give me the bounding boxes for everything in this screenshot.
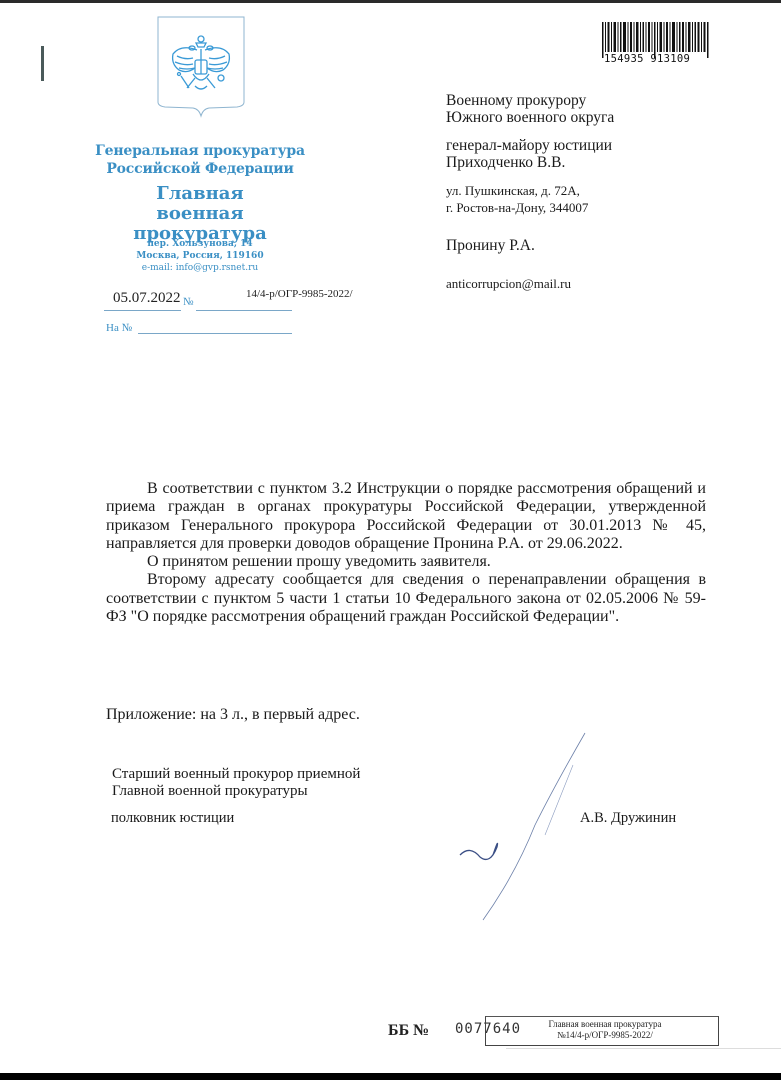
recipient-1-office: Военному прокурору Южного военного округ… [446, 92, 614, 126]
barcode-number: 154935 913109 [604, 53, 690, 65]
page-edge [506, 1048, 781, 1049]
registration-number: 14/4-р/ОГР-9985-2022/ [246, 288, 353, 300]
organization-name: Генеральная прокуратура Российской Федер… [90, 142, 310, 178]
reply-to-label: На № [106, 322, 132, 334]
letterhead-email: e-mail: info@gvp.rsnet.ru [90, 262, 310, 274]
registration-date: 05.07.2022 [113, 290, 181, 307]
body-paragraph-3: Второму адресату сообщается для сведения… [106, 571, 706, 626]
recipient-1-rank: генерал-майору юстиции [446, 137, 612, 154]
signatory-title-line-1: Старший военный прокурор приемной [112, 766, 360, 783]
bottom-edge [0, 1073, 781, 1080]
department-name: Главная военная прокуратура [90, 184, 310, 244]
attachment-note: Приложение: на 3 л., в первый адрес. [106, 706, 360, 724]
registration-stamp: Главная военная прокуратура №14/4-р/ОГР-… [530, 1019, 680, 1040]
russian-coat-of-arms-icon [157, 16, 247, 118]
recipient-1-line-2: Южного военного округа [446, 109, 614, 126]
signatory-rank: полковник юстиции [111, 810, 234, 827]
date-underline [104, 310, 181, 311]
reply-to-underline [138, 333, 292, 334]
serial-label: ББ № [388, 1022, 429, 1040]
binder-mark [41, 46, 44, 81]
signatory-title: Старший военный прокурор приемной Главно… [112, 766, 360, 800]
recipient-1-city: г. Ростов-на-Дону, 344007 [446, 199, 588, 216]
address-line-2: Москва, Россия, 119160 [90, 250, 310, 262]
recipient-1-street: ул. Пушкинская, д. 72А, [446, 182, 588, 199]
signatory-title-line-2: Главной военной прокуратуры [112, 783, 360, 800]
recipient-1-person: генерал-майору юстиции Приходченко В.В. [446, 137, 612, 171]
handwritten-signature [445, 725, 605, 925]
org-line-1: Генеральная прокуратура [90, 142, 310, 160]
letterhead-address: пер. Хользунова, 14 Москва, Россия, 1191… [90, 238, 310, 274]
recipient-2-email: anticorrupcion@mail.ru [446, 275, 571, 292]
registration-number-label: № [183, 296, 194, 308]
number-underline [196, 310, 292, 311]
recipient-1-line-1: Военному прокурору [446, 92, 614, 109]
dept-line-1: Главная [90, 184, 310, 204]
stamp-line-1: Главная военная прокуратура [530, 1019, 680, 1030]
recipient-2-name: Пронину Р.А. [446, 237, 535, 254]
letter-body: В соответствии с пунктом 3.2 Инструкции … [106, 480, 706, 626]
recipient-1-name: Приходченко В.В. [446, 154, 612, 171]
body-paragraph-1: В соответствии с пунктом 3.2 Инструкции … [106, 480, 706, 553]
org-line-2: Российской Федерации [90, 160, 310, 178]
stamp-line-2: №14/4-р/ОГР-9985-2022/ [530, 1030, 680, 1041]
address-line-1: пер. Хользунова, 14 [90, 238, 310, 250]
top-edge [0, 0, 781, 3]
body-paragraph-2: О принятом решении прошу уведомить заяви… [106, 553, 706, 571]
recipient-1-address: ул. Пушкинская, д. 72А, г. Ростов-на-Дон… [446, 182, 588, 216]
